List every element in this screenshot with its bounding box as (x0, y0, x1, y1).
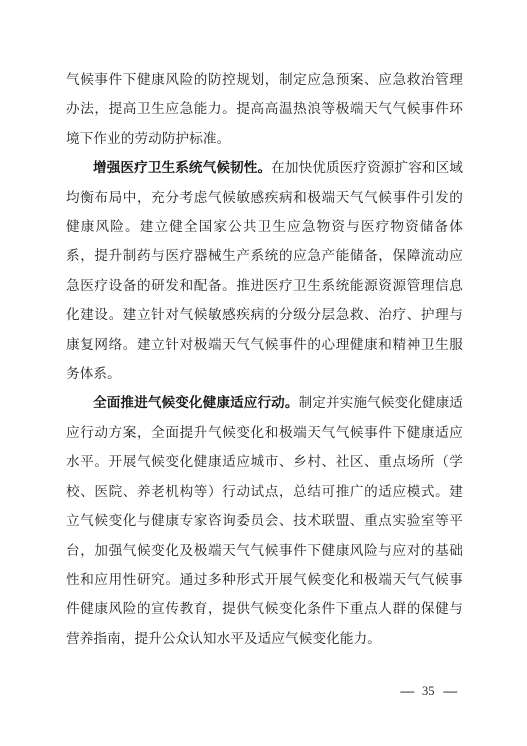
text-block: 气候事件下健康风险的防控规划，制定应急预案、应急救治管理办法，提高卫生应急能力。… (66, 65, 463, 653)
footer-dash-left: — (400, 684, 414, 698)
document-page: 气候事件下健康风险的防控规划，制定应急预案、应急救治管理办法，提高卫生应急能力。… (0, 0, 527, 746)
paragraph: 增强医疗卫生系统气候韧性。在加快优质医疗资源扩容和区域均衡布局中，充分考虑气候敏… (66, 153, 463, 388)
paragraph-body: 制定并实施气候变化健康适应行动方案，全面提升气候变化和极端天气气候事件下健康适应… (66, 395, 463, 645)
paragraph-heading: 全面推进气候变化健康适应行动。 (93, 395, 299, 410)
page-footer: — 35 — (401, 684, 457, 698)
paragraph-heading: 增强医疗卫生系统气候韧性。 (93, 160, 271, 175)
paragraph: 全面推进气候变化健康适应行动。制定并实施气候变化健康适应行动方案，全面提升气候变… (66, 388, 463, 653)
footer-dash-right: — (443, 684, 457, 698)
footer-page-number: 35 (422, 684, 435, 698)
paragraph: 气候事件下健康风险的防控规划，制定应急预案、应急救治管理办法，提高卫生应急能力。… (66, 65, 463, 153)
paragraph-body: 气候事件下健康风险的防控规划，制定应急预案、应急救治管理办法，提高卫生应急能力。… (66, 72, 463, 146)
paragraph-body: 在加快优质医疗资源扩容和区域均衡布局中，充分考虑气候敏感疾病和极端天气气候事件引… (66, 160, 463, 381)
